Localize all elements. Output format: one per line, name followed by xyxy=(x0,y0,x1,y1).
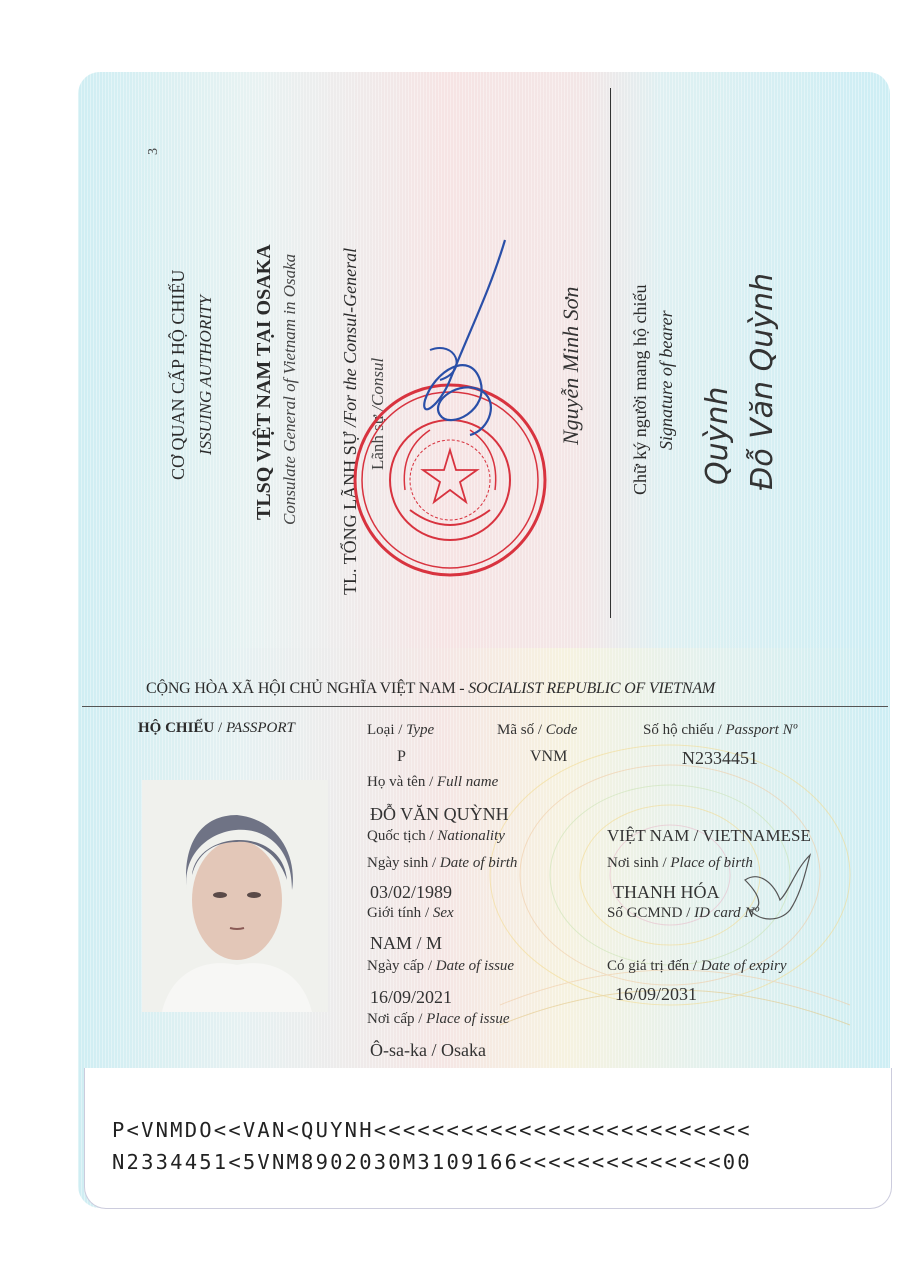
republic-header-en: SOCIALIST REPUBLIC OF VIETNAM xyxy=(468,680,715,697)
mrz-line-1: P<VNMDO<<VAN<QUYNH<<<<<<<<<<<<<<<<<<<<<<… xyxy=(112,1118,752,1142)
full-name-label-vi: Họ và tên xyxy=(367,774,425,790)
place-of-issue-label-en: Place of issue xyxy=(426,1011,509,1027)
portrait-icon xyxy=(142,780,328,1012)
bearer-signature-label-vi: Chữ ký người mang hộ chiếu xyxy=(630,284,651,495)
expiry-date-label: Có giá trị đến / Date of expiry xyxy=(607,958,787,975)
passport-number-value: N2334451 xyxy=(682,748,758,769)
type-label: Loại / Type xyxy=(367,722,434,739)
nationality-value: VIỆT NAM / VIETNAMESE xyxy=(607,826,811,846)
sex-label-vi: Giới tính xyxy=(367,905,421,921)
pob-label-vi: Nơi sinh xyxy=(607,855,659,871)
type-label-en: Type xyxy=(406,722,434,738)
nationality-label: Quốc tịch / Nationality xyxy=(367,828,505,845)
issuing-authority-label-vi: CƠ QUAN CẤP HỘ CHIẾU xyxy=(168,270,189,480)
full-name-value: ĐỖ VĂN QUỲNH xyxy=(370,804,509,825)
code-label-vi: Mã số xyxy=(497,722,534,738)
republic-header-vi: CỘNG HÒA XÃ HỘI CHỦ NGHĨA VIỆT NAM xyxy=(146,680,456,697)
expiry-date-label-vi: Có giá trị đến xyxy=(607,958,689,974)
dob-label-en: Date of birth xyxy=(440,855,518,871)
sex-label-en: Sex xyxy=(433,905,454,921)
dob-label-vi: Ngày sinh xyxy=(367,855,428,871)
code-label-en: Code xyxy=(546,722,578,738)
dove-emblem-icon xyxy=(735,850,815,930)
header-separator: - xyxy=(456,680,469,697)
full-name-label-en: Full name xyxy=(437,774,498,790)
place-of-issue-label-vi: Nơi cấp xyxy=(367,1011,415,1027)
issue-date-label-vi: Ngày cấp xyxy=(367,958,424,974)
place-of-issue-value: Ô-sa-ka / Osaka xyxy=(370,1040,486,1061)
bearer-signature-label-en: Signature of bearer xyxy=(656,310,677,450)
signature-divider xyxy=(610,88,611,618)
id-card-label-vi: Số GCMND xyxy=(607,905,682,921)
issuing-authority-label-en: ISSUING AUTHORITY xyxy=(196,295,216,455)
header-rule xyxy=(82,706,888,707)
document-title-vi: HỘ CHIẾU xyxy=(138,720,214,736)
sex-value: NAM / M xyxy=(370,933,442,954)
official-name: Nguyễn Minh Sơn xyxy=(558,287,584,445)
dob-label: Ngày sinh / Date of birth xyxy=(367,855,517,872)
code-value: VNM xyxy=(530,748,567,766)
mrz-line-2: N2334451<5VNM8902030M3109166<<<<<<<<<<<<… xyxy=(112,1150,752,1174)
document-title-en: PASSPORT xyxy=(226,720,295,736)
bearer-signature-line-2: Đỗ Văn Quỳnh xyxy=(745,273,780,490)
document-title: HỘ CHIẾU / PASSPORT xyxy=(138,720,295,737)
authority-name-vi: TLSQ VIỆT NAM TẠI OSAKA xyxy=(253,244,276,520)
code-label: Mã số / Code xyxy=(497,722,577,739)
bearer-signature-line-1: Quỳnh xyxy=(700,387,735,485)
issue-date-label-en: Date of issue xyxy=(436,958,514,974)
type-value: P xyxy=(397,748,406,766)
page-number: 3 xyxy=(146,148,162,155)
pob-label: Nơi sinh / Place of birth xyxy=(607,855,753,872)
expiry-date-value: 16/09/2031 xyxy=(615,984,697,1005)
dob-value: 03/02/1989 xyxy=(370,882,452,903)
holder-photo xyxy=(142,780,328,1012)
republic-header: CỘNG HÒA XÃ HỘI CHỦ NGHĨA VIỆT NAM - SOC… xyxy=(146,680,715,698)
full-name-label: Họ và tên / Full name xyxy=(367,774,498,791)
nationality-label-vi: Quốc tịch xyxy=(367,828,426,844)
passport-number-label-en: Passport Nº xyxy=(726,722,798,738)
nationality-label-en: Nationality xyxy=(437,828,505,844)
issue-date-label: Ngày cấp / Date of issue xyxy=(367,958,514,975)
expiry-date-label-en: Date of expiry xyxy=(701,958,787,974)
pob-value: THANH HÓA xyxy=(613,882,720,903)
passport-number-label: Số hộ chiếu / Passport Nº xyxy=(643,722,797,739)
issue-date-value: 16/09/2021 xyxy=(370,987,452,1008)
passport-number-label-vi: Số hộ chiếu xyxy=(643,722,714,738)
sex-label: Giới tính / Sex xyxy=(367,905,454,922)
official-signature xyxy=(410,230,540,450)
authority-name-en: Consulate General of Vietnam in Osaka xyxy=(280,254,300,525)
place-of-issue-label: Nơi cấp / Place of issue xyxy=(367,1011,510,1028)
type-label-vi: Loại xyxy=(367,722,395,738)
